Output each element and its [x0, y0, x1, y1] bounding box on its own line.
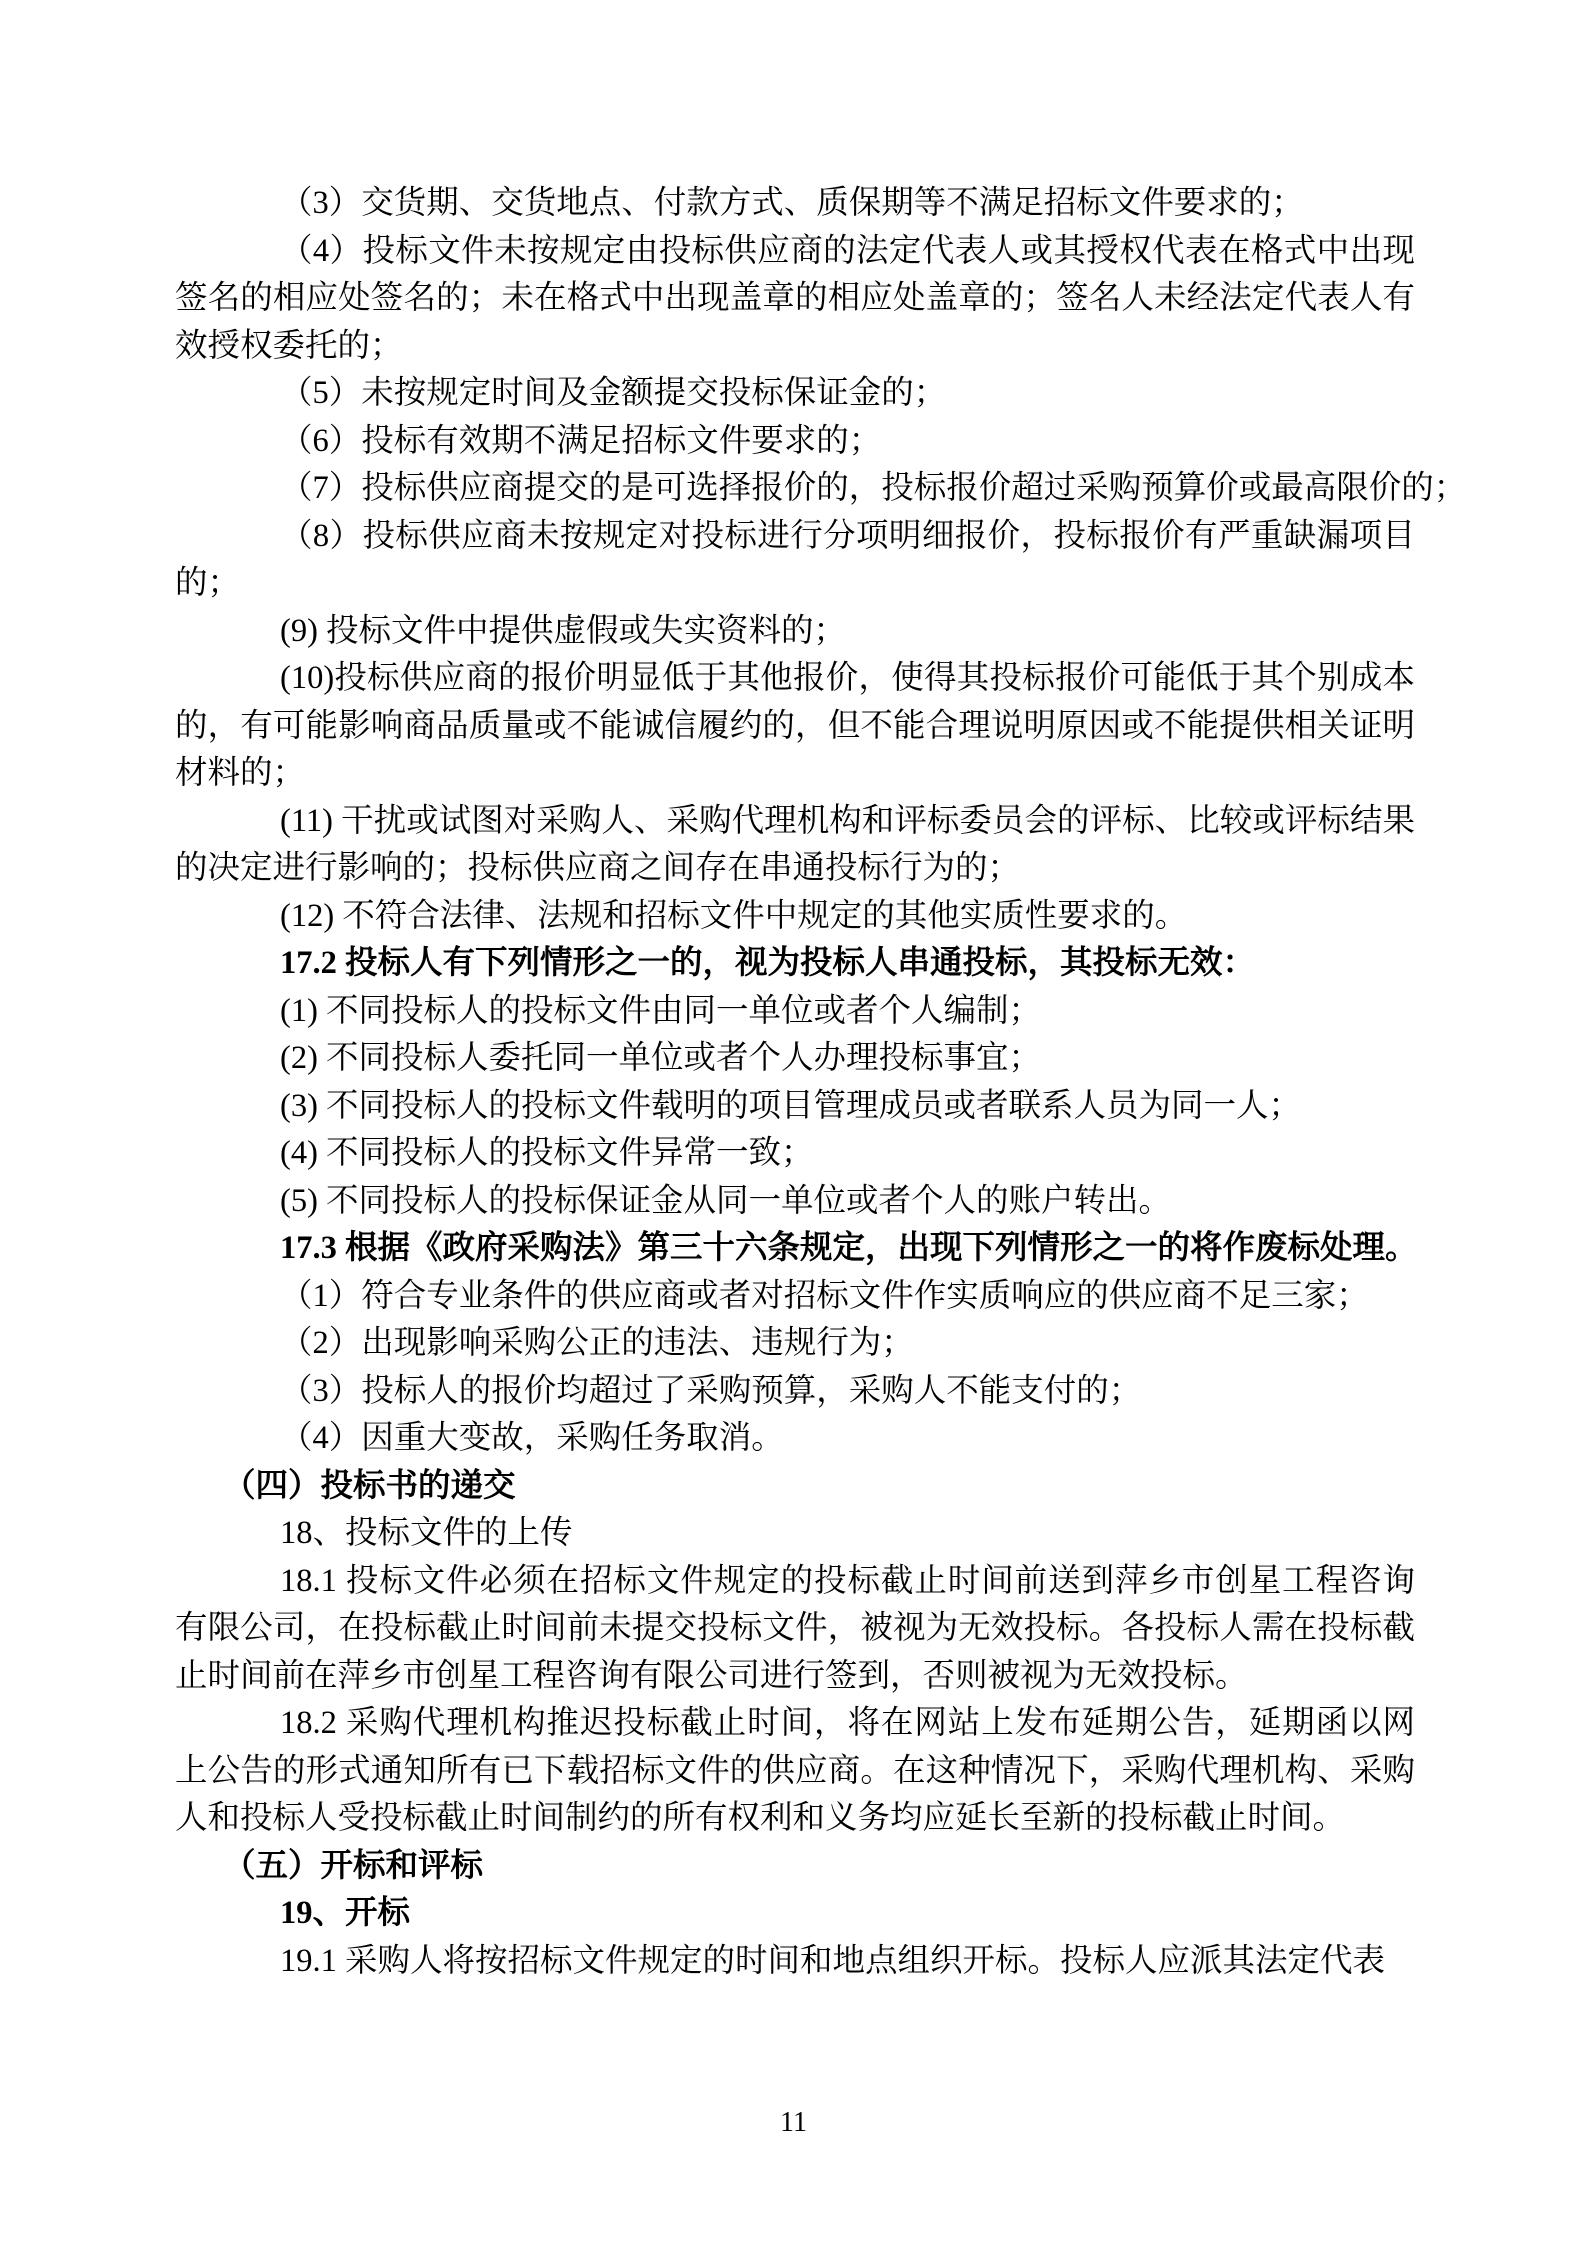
clause-4: （4）投标文件未按规定由投标供应商的法定代表人或其授权代表在格式中出现签名的相应… [175, 228, 1415, 371]
clause-17-2-item-3: (3) 不同投标人的投标文件载明的项目管理成员或者联系人员为同一人； [175, 1083, 1415, 1131]
clause-17-3-item-4: （4）因重大变故，采购任务取消。 [175, 1415, 1415, 1463]
clause-19-1: 19.1 采购人将按招标文件规定的时间和地点组织开标。投标人应派其法定代表 [175, 1938, 1415, 1986]
clause-9: (9) 投标文件中提供虚假或失实资料的； [175, 608, 1415, 656]
heading-17-2: 17.2 投标人有下列情形之一的，视为投标人串通投标，其投标无效： [175, 940, 1415, 988]
heading-19-opening: 19、开标 [175, 1890, 1415, 1938]
clause-17-2-item-2: (2) 不同投标人委托同一单位或者个人办理投标事宜； [175, 1035, 1415, 1083]
clause-3: （3）交货期、交货地点、付款方式、质保期等不满足招标文件要求的； [175, 180, 1415, 228]
page-number: 11 [0, 2106, 1587, 2140]
clause-17-3-item-3: （3）投标人的报价均超过了采购预算，采购人不能支付的； [175, 1368, 1415, 1416]
section-heading-5-opening-evaluation: （五）开标和评标 [175, 1843, 1415, 1891]
clause-5: （5）未按规定时间及金额提交投标保证金的； [175, 370, 1415, 418]
clause-17-3-item-2: （2）出现影响采购公正的违法、违规行为； [175, 1320, 1415, 1368]
clause-17-2-item-4: (4) 不同投标人的投标文件异常一致； [175, 1130, 1415, 1178]
clause-6: （6）投标有效期不满足招标文件要求的； [175, 418, 1415, 466]
clause-11: (11) 干扰或试图对采购人、采购代理机构和评标委员会的评标、比较或评标结果的决… [175, 798, 1415, 893]
clause-17-2-item-5: (5) 不同投标人的投标保证金从同一单位或者个人的账户转出。 [175, 1178, 1415, 1226]
clause-18-1: 18.1 投标文件必须在招标文件规定的投标截止时间前送到萍乡市创星工程咨询有限公… [175, 1558, 1415, 1701]
clause-17-3-item-1: （1）符合专业条件的供应商或者对招标文件作实质响应的供应商不足三家； [175, 1273, 1415, 1321]
heading-17-3: 17.3 根据《政府采购法》第三十六条规定，出现下列情形之一的将作废标处理。 [175, 1225, 1415, 1273]
clause-7: （7）投标供应商提交的是可选择报价的，投标报价超过采购预算价或最高限价的； [175, 465, 1415, 513]
clause-10: (10)投标供应商的报价明显低于其他报价，使得其投标报价可能低于其个别成本的，有… [175, 655, 1415, 798]
section-heading-4-bid-submission: （四）投标书的递交 [175, 1463, 1415, 1511]
clause-12: (12) 不符合法律、法规和招标文件中规定的其他实质性要求的。 [175, 893, 1415, 941]
clause-18-2: 18.2 采购代理机构推迟投标截止时间，将在网站上发布延期公告，延期函以网上公告… [175, 1700, 1415, 1843]
clause-17-2-item-1: (1) 不同投标人的投标文件由同一单位或者个人编制； [175, 988, 1415, 1036]
document-page: （3）交货期、交货地点、付款方式、质保期等不满足招标文件要求的； （4）投标文件… [0, 0, 1587, 2245]
clause-8: （8）投标供应商未按规定对投标进行分项明细报价，投标报价有严重缺漏项目的； [175, 513, 1415, 608]
heading-18-upload: 18、投标文件的上传 [175, 1510, 1415, 1558]
